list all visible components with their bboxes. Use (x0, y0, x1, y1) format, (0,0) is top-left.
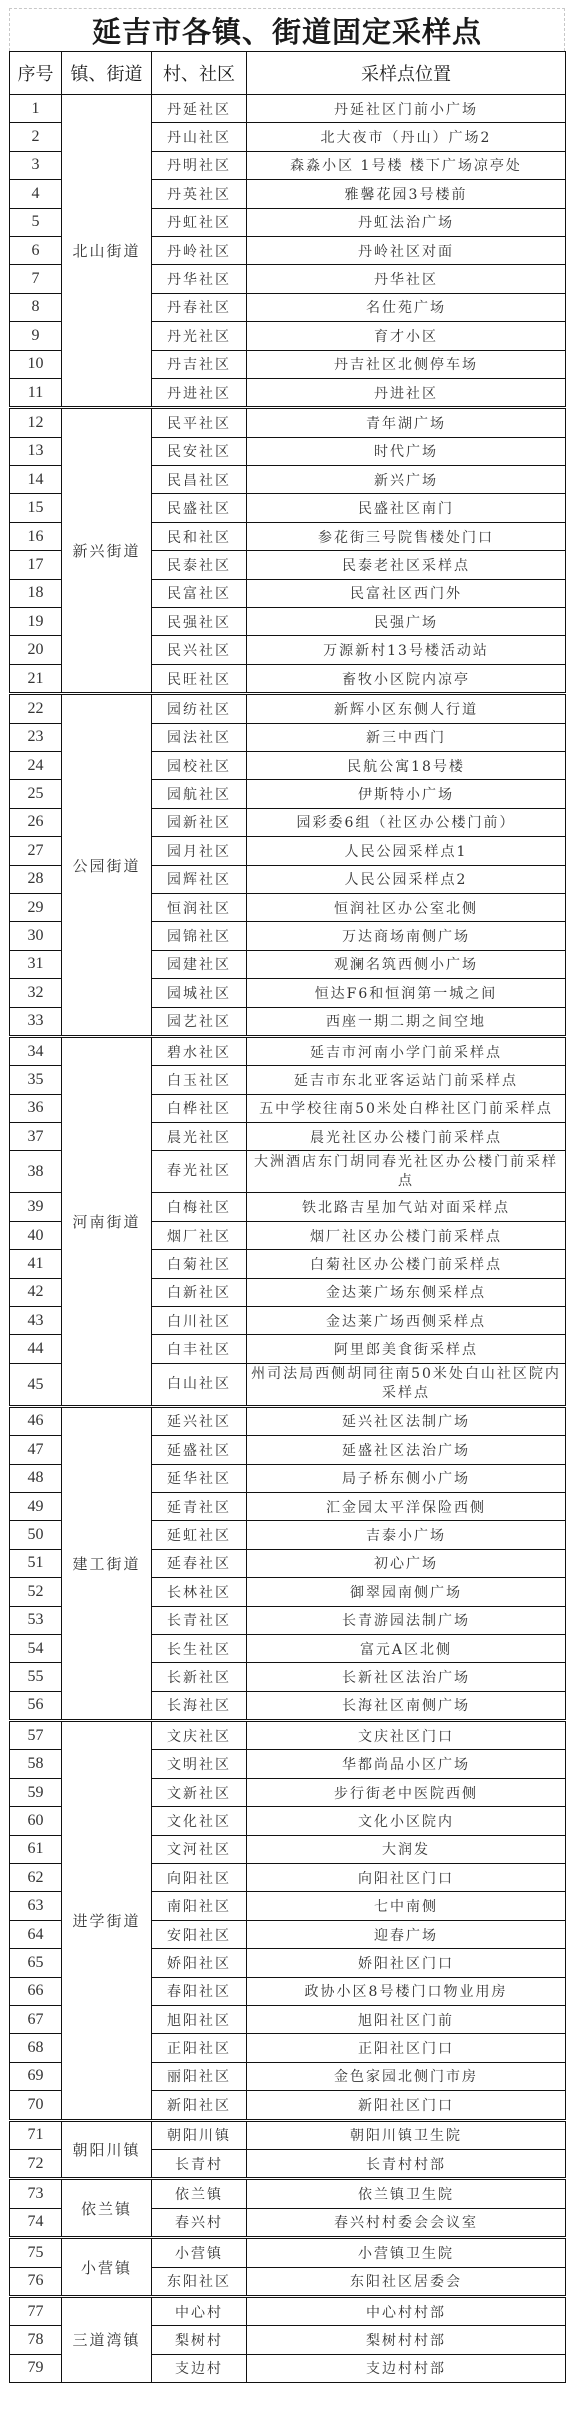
community-cell: 丹山社区 (152, 123, 247, 151)
row-index: 14 (10, 466, 62, 494)
community-cell: 白菊社区 (152, 1250, 247, 1278)
row-index: 35 (10, 1066, 62, 1094)
table-row: 46建工街道延兴社区延兴社区法制广场 (10, 1406, 566, 1435)
location-cell: 朝阳川镇卫生院 (247, 2120, 566, 2149)
community-cell: 园城社区 (152, 979, 247, 1007)
row-index: 6 (10, 236, 62, 264)
table-header-row: 序号 镇、街道 村、社区 采样点位置 (10, 52, 566, 95)
location-cell: 东阳社区居委会 (247, 2267, 566, 2296)
row-index: 41 (10, 1250, 62, 1278)
community-cell: 延兴社区 (152, 1406, 247, 1435)
community-cell: 园建社区 (152, 950, 247, 978)
location-cell: 新辉小区东侧人行道 (247, 694, 566, 723)
location-cell: 民泰老社区采样点 (247, 551, 566, 579)
location-cell: 白菊社区办公楼门前采样点 (247, 1250, 566, 1278)
row-index: 64 (10, 1920, 62, 1948)
location-cell: 七中南侧 (247, 1892, 566, 1920)
location-cell: 民航公寓18号楼 (247, 751, 566, 779)
community-cell: 延春社区 (152, 1549, 247, 1577)
location-cell: 名仕苑广场 (247, 293, 566, 321)
location-cell: 富元A区北侧 (247, 1634, 566, 1662)
community-cell: 文新社区 (152, 1778, 247, 1806)
row-index: 29 (10, 893, 62, 921)
page-title: 延吉市各镇、街道固定采样点 (9, 8, 565, 51)
community-cell: 延虹社区 (152, 1521, 247, 1549)
location-cell: 森淼小区 1号楼 楼下广场凉亭处 (247, 151, 566, 179)
row-index: 74 (10, 2208, 62, 2237)
community-cell: 民兴社区 (152, 636, 247, 664)
header-location: 采样点位置 (247, 52, 566, 95)
row-index: 69 (10, 2062, 62, 2090)
row-index: 9 (10, 322, 62, 350)
location-cell: 新阳社区门口 (247, 2091, 566, 2120)
location-cell: 梨树村村部 (247, 2326, 566, 2354)
community-cell: 长海社区 (152, 1691, 247, 1720)
row-index: 18 (10, 579, 62, 607)
location-cell: 长新社区法治广场 (247, 1663, 566, 1691)
community-cell: 支边村 (152, 2354, 247, 2382)
document: 延吉市各镇、街道固定采样点 序号 镇、街道 村、社区 采样点位置 1北山街道丹延… (9, 8, 565, 2383)
row-index: 25 (10, 780, 62, 808)
row-index: 16 (10, 522, 62, 550)
table-row: 75小营镇小营镇小营镇卫生院 (10, 2238, 566, 2267)
location-cell: 文庆社区门口 (247, 1721, 566, 1750)
location-cell: 万源新村13号楼活动站 (247, 636, 566, 664)
community-cell: 丹英社区 (152, 180, 247, 208)
location-cell: 政协小区8号楼门口物业用房 (247, 1977, 566, 2005)
row-index: 61 (10, 1835, 62, 1863)
row-index: 66 (10, 1977, 62, 2005)
row-index: 78 (10, 2326, 62, 2354)
row-index: 37 (10, 1123, 62, 1151)
community-cell: 长林社区 (152, 1578, 247, 1606)
row-index: 21 (10, 664, 62, 693)
row-index: 70 (10, 2091, 62, 2120)
header-district: 镇、街道 (62, 52, 152, 95)
location-cell: 西座一期二期之间空地 (247, 1007, 566, 1036)
row-index: 31 (10, 950, 62, 978)
location-cell: 人民公园采样点1 (247, 837, 566, 865)
community-cell: 民强社区 (152, 608, 247, 636)
community-cell: 白新社区 (152, 1278, 247, 1306)
row-index: 11 (10, 378, 62, 407)
community-cell: 白川社区 (152, 1307, 247, 1335)
row-index: 46 (10, 1406, 62, 1435)
row-index: 24 (10, 751, 62, 779)
community-cell: 向阳社区 (152, 1864, 247, 1892)
community-cell: 园辉社区 (152, 865, 247, 893)
community-cell: 长新社区 (152, 1663, 247, 1691)
sampling-points-table: 序号 镇、街道 村、社区 采样点位置 1北山街道丹延社区丹延社区门前小广场2丹山… (9, 51, 566, 2383)
row-index: 4 (10, 180, 62, 208)
row-index: 56 (10, 1691, 62, 1720)
community-cell: 文庆社区 (152, 1721, 247, 1750)
community-cell: 文化社区 (152, 1807, 247, 1835)
row-index: 30 (10, 922, 62, 950)
community-cell: 小营镇 (152, 2238, 247, 2267)
row-index: 58 (10, 1750, 62, 1778)
district-cell: 朝阳川镇 (62, 2120, 152, 2179)
community-cell: 园校社区 (152, 751, 247, 779)
community-cell: 东阳社区 (152, 2267, 247, 2296)
community-cell: 民和社区 (152, 522, 247, 550)
location-cell: 五中学校往南50米处白桦社区门前采样点 (247, 1094, 566, 1122)
row-index: 48 (10, 1464, 62, 1492)
community-cell: 恒润社区 (152, 893, 247, 921)
community-cell: 长生社区 (152, 1634, 247, 1662)
row-index: 55 (10, 1663, 62, 1691)
location-cell: 观澜名筑西侧小广场 (247, 950, 566, 978)
location-cell: 华都尚品小区广场 (247, 1750, 566, 1778)
location-cell: 大润发 (247, 1835, 566, 1863)
row-index: 20 (10, 636, 62, 664)
row-index: 17 (10, 551, 62, 579)
location-cell: 延吉市河南小学门前采样点 (247, 1036, 566, 1065)
location-cell: 长青游园法制广场 (247, 1606, 566, 1634)
community-cell: 延盛社区 (152, 1436, 247, 1464)
row-index: 59 (10, 1778, 62, 1806)
community-cell: 民旺社区 (152, 664, 247, 693)
row-index: 44 (10, 1335, 62, 1363)
district-cell: 北山街道 (62, 95, 152, 408)
location-cell: 迎春广场 (247, 1920, 566, 1948)
location-cell: 金达莱广场东侧采样点 (247, 1278, 566, 1306)
location-cell: 文化小区院内 (247, 1807, 566, 1835)
row-index: 12 (10, 408, 62, 437)
location-cell: 小营镇卫生院 (247, 2238, 566, 2267)
location-cell: 北大夜市（丹山）广场2 (247, 123, 566, 151)
row-index: 76 (10, 2267, 62, 2296)
row-index: 7 (10, 265, 62, 293)
community-cell: 朝阳川镇 (152, 2120, 247, 2149)
community-cell: 娇阳社区 (152, 1949, 247, 1977)
row-index: 15 (10, 494, 62, 522)
row-index: 33 (10, 1007, 62, 1036)
row-index: 79 (10, 2354, 62, 2382)
header-community: 村、社区 (152, 52, 247, 95)
table-body: 1北山街道丹延社区丹延社区门前小广场2丹山社区北大夜市（丹山）广场23丹明社区森… (10, 95, 566, 2383)
community-cell: 民盛社区 (152, 494, 247, 522)
district-cell: 三道湾镇 (62, 2296, 152, 2382)
location-cell: 旭阳社区门前 (247, 2006, 566, 2034)
location-cell: 伊斯特小广场 (247, 780, 566, 808)
community-cell: 烟厂社区 (152, 1221, 247, 1249)
community-cell: 新阳社区 (152, 2091, 247, 2120)
location-cell: 丹吉社区北侧停车场 (247, 350, 566, 378)
district-cell: 依兰镇 (62, 2179, 152, 2238)
row-index: 73 (10, 2179, 62, 2208)
location-cell: 初心广场 (247, 1549, 566, 1577)
community-cell: 园航社区 (152, 780, 247, 808)
row-index: 53 (10, 1606, 62, 1634)
row-index: 60 (10, 1807, 62, 1835)
location-cell: 阿里郎美食街采样点 (247, 1335, 566, 1363)
community-cell: 中心村 (152, 2296, 247, 2325)
location-cell: 万达商场南侧广场 (247, 922, 566, 950)
community-cell: 民平社区 (152, 408, 247, 437)
row-index: 51 (10, 1549, 62, 1577)
location-cell: 恒润社区办公室北侧 (247, 893, 566, 921)
row-index: 63 (10, 1892, 62, 1920)
location-cell: 支边村村部 (247, 2354, 566, 2382)
community-cell: 延青社区 (152, 1492, 247, 1520)
row-index: 23 (10, 723, 62, 751)
location-cell: 大洲酒店东门胡同春光社区办公楼门前采样点 (247, 1151, 566, 1193)
table-row: 34河南街道碧水社区延吉市河南小学门前采样点 (10, 1036, 566, 1065)
community-cell: 梨树村 (152, 2326, 247, 2354)
row-index: 47 (10, 1436, 62, 1464)
district-cell: 小营镇 (62, 2238, 152, 2297)
row-index: 72 (10, 2149, 62, 2178)
location-cell: 向阳社区门口 (247, 1864, 566, 1892)
location-cell: 丹延社区门前小广场 (247, 95, 566, 123)
community-cell: 延华社区 (152, 1464, 247, 1492)
row-index: 43 (10, 1307, 62, 1335)
location-cell: 娇阳社区门口 (247, 1949, 566, 1977)
row-index: 13 (10, 437, 62, 465)
community-cell: 春光社区 (152, 1151, 247, 1193)
row-index: 54 (10, 1634, 62, 1662)
table-row: 12新兴街道民平社区青年湖广场 (10, 408, 566, 437)
community-cell: 民富社区 (152, 579, 247, 607)
row-index: 67 (10, 2006, 62, 2034)
location-cell: 依兰镇卫生院 (247, 2179, 566, 2208)
community-cell: 丹春社区 (152, 293, 247, 321)
location-cell: 金达莱广场西侧采样点 (247, 1307, 566, 1335)
header-index: 序号 (10, 52, 62, 95)
row-index: 65 (10, 1949, 62, 1977)
community-cell: 春阳社区 (152, 1977, 247, 2005)
row-index: 77 (10, 2296, 62, 2325)
community-cell: 丹明社区 (152, 151, 247, 179)
location-cell: 丹岭社区对面 (247, 236, 566, 264)
location-cell: 民强广场 (247, 608, 566, 636)
location-cell: 汇金园太平洋保险西侧 (247, 1492, 566, 1520)
row-index: 32 (10, 979, 62, 1007)
community-cell: 春兴村 (152, 2208, 247, 2237)
community-cell: 丹光社区 (152, 322, 247, 350)
location-cell: 延盛社区法治广场 (247, 1436, 566, 1464)
community-cell: 碧水社区 (152, 1036, 247, 1065)
district-cell: 新兴街道 (62, 408, 152, 694)
location-cell: 晨光社区办公楼门前采样点 (247, 1123, 566, 1151)
row-index: 1 (10, 95, 62, 123)
location-cell: 民富社区西门外 (247, 579, 566, 607)
row-index: 38 (10, 1151, 62, 1193)
community-cell: 依兰镇 (152, 2179, 247, 2208)
community-cell: 丹进社区 (152, 378, 247, 407)
community-cell: 园月社区 (152, 837, 247, 865)
row-index: 75 (10, 2238, 62, 2267)
table-row: 57进学街道文庆社区文庆社区门口 (10, 1721, 566, 1750)
location-cell: 青年湖广场 (247, 408, 566, 437)
location-cell: 州司法局西侧胡同往南50米处白山社区院内采样点 (247, 1363, 566, 1406)
row-index: 42 (10, 1278, 62, 1306)
location-cell: 步行街老中医院西侧 (247, 1778, 566, 1806)
location-cell: 丹虹法治广场 (247, 208, 566, 236)
row-index: 8 (10, 293, 62, 321)
row-index: 19 (10, 608, 62, 636)
community-cell: 园法社区 (152, 723, 247, 751)
table-row: 77三道湾镇中心村中心村村部 (10, 2296, 566, 2325)
row-index: 10 (10, 350, 62, 378)
location-cell: 延兴社区法制广场 (247, 1406, 566, 1435)
row-index: 68 (10, 2034, 62, 2062)
row-index: 28 (10, 865, 62, 893)
row-index: 5 (10, 208, 62, 236)
community-cell: 文河社区 (152, 1835, 247, 1863)
community-cell: 丹虹社区 (152, 208, 247, 236)
community-cell: 园艺社区 (152, 1007, 247, 1036)
community-cell: 白玉社区 (152, 1066, 247, 1094)
community-cell: 白丰社区 (152, 1335, 247, 1363)
location-cell: 园彩委6组（社区办公楼门前） (247, 808, 566, 836)
row-index: 34 (10, 1036, 62, 1065)
row-index: 52 (10, 1578, 62, 1606)
community-cell: 旭阳社区 (152, 2006, 247, 2034)
location-cell: 烟厂社区办公楼门前采样点 (247, 1221, 566, 1249)
community-cell: 长青社区 (152, 1606, 247, 1634)
community-cell: 丹华社区 (152, 265, 247, 293)
community-cell: 南阳社区 (152, 1892, 247, 1920)
location-cell: 新兴广场 (247, 466, 566, 494)
location-cell: 正阳社区门口 (247, 2034, 566, 2062)
community-cell: 文明社区 (152, 1750, 247, 1778)
location-cell: 人民公园采样点2 (247, 865, 566, 893)
community-cell: 园新社区 (152, 808, 247, 836)
location-cell: 畜牧小区院内凉亭 (247, 664, 566, 693)
row-index: 2 (10, 123, 62, 151)
location-cell: 时代广场 (247, 437, 566, 465)
location-cell: 丹进社区 (247, 378, 566, 407)
community-cell: 晨光社区 (152, 1123, 247, 1151)
community-cell: 丹延社区 (152, 95, 247, 123)
district-cell: 公园街道 (62, 694, 152, 1037)
row-index: 39 (10, 1193, 62, 1221)
community-cell: 民泰社区 (152, 551, 247, 579)
community-cell: 安阳社区 (152, 1920, 247, 1948)
location-cell: 局子桥东侧小广场 (247, 1464, 566, 1492)
location-cell: 雅馨花园3号楼前 (247, 180, 566, 208)
location-cell: 春兴村村委会会议室 (247, 2208, 566, 2237)
community-cell: 园锦社区 (152, 922, 247, 950)
district-cell: 建工街道 (62, 1406, 152, 1720)
community-cell: 正阳社区 (152, 2034, 247, 2062)
row-index: 22 (10, 694, 62, 723)
community-cell: 白梅社区 (152, 1193, 247, 1221)
location-cell: 中心村村部 (247, 2296, 566, 2325)
location-cell: 丹华社区 (247, 265, 566, 293)
location-cell: 新三中西门 (247, 723, 566, 751)
district-cell: 河南街道 (62, 1036, 152, 1406)
location-cell: 御翠园南侧广场 (247, 1578, 566, 1606)
table-row: 73依兰镇依兰镇依兰镇卫生院 (10, 2179, 566, 2208)
district-cell: 进学街道 (62, 1721, 152, 2120)
community-cell: 民昌社区 (152, 466, 247, 494)
table-row: 1北山街道丹延社区丹延社区门前小广场 (10, 95, 566, 123)
community-cell: 丹吉社区 (152, 350, 247, 378)
community-cell: 白山社区 (152, 1363, 247, 1406)
table-row: 22公园街道园纺社区新辉小区东侧人行道 (10, 694, 566, 723)
row-index: 40 (10, 1221, 62, 1249)
row-index: 71 (10, 2120, 62, 2149)
row-index: 45 (10, 1363, 62, 1406)
community-cell: 民安社区 (152, 437, 247, 465)
location-cell: 金色家园北侧门市房 (247, 2062, 566, 2090)
table-row: 71朝阳川镇朝阳川镇朝阳川镇卫生院 (10, 2120, 566, 2149)
row-index: 36 (10, 1094, 62, 1122)
community-cell: 长青村 (152, 2149, 247, 2178)
location-cell: 育才小区 (247, 322, 566, 350)
row-index: 57 (10, 1721, 62, 1750)
location-cell: 恒达F6和恒润第一城之间 (247, 979, 566, 1007)
location-cell: 铁北路吉星加气站对面采样点 (247, 1193, 566, 1221)
row-index: 50 (10, 1521, 62, 1549)
location-cell: 长海社区南侧广场 (247, 1691, 566, 1720)
row-index: 49 (10, 1492, 62, 1520)
community-cell: 园纺社区 (152, 694, 247, 723)
community-cell: 丽阳社区 (152, 2062, 247, 2090)
row-index: 3 (10, 151, 62, 179)
location-cell: 民盛社区南门 (247, 494, 566, 522)
community-cell: 丹岭社区 (152, 236, 247, 264)
location-cell: 长青村村部 (247, 2149, 566, 2178)
row-index: 27 (10, 837, 62, 865)
row-index: 62 (10, 1864, 62, 1892)
location-cell: 参花街三号院售楼处门口 (247, 522, 566, 550)
row-index: 26 (10, 808, 62, 836)
community-cell: 白桦社区 (152, 1094, 247, 1122)
location-cell: 延吉市东北亚客运站门前采样点 (247, 1066, 566, 1094)
location-cell: 吉泰小广场 (247, 1521, 566, 1549)
